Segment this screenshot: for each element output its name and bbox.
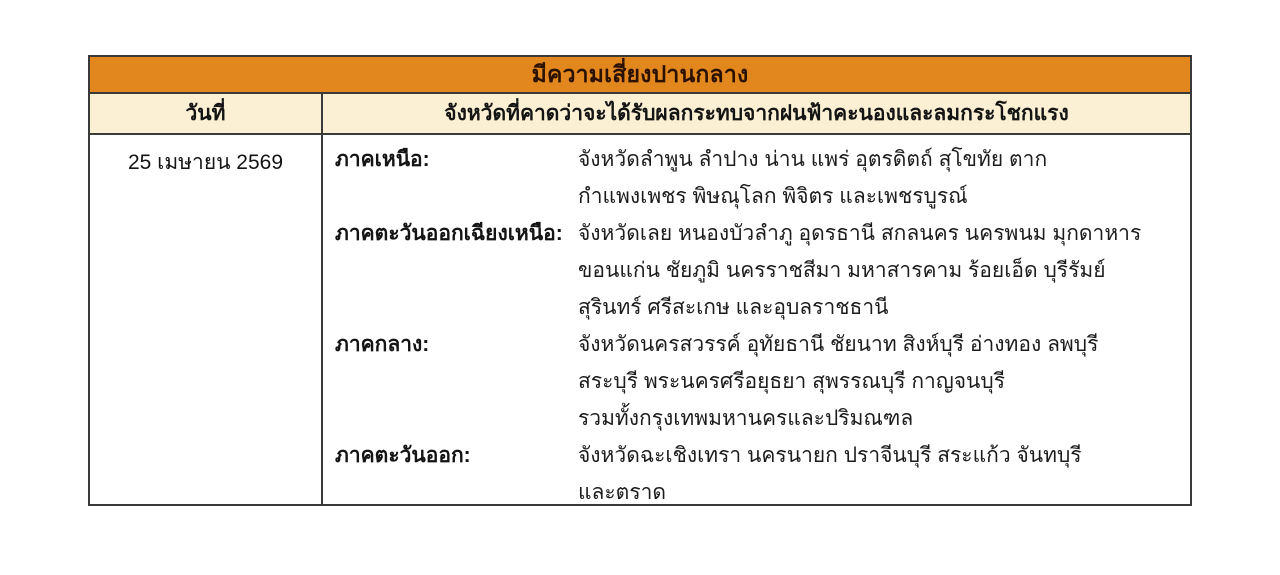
region-row-central: ภาคกลาง: จังหวัดนครสวรรค์ อุทัยธานี ชัยน… (335, 326, 1180, 437)
province-line: รวมทั้งกรุงเทพมหานครและปริมณฑล (578, 400, 1180, 437)
date-cell: 25 เมษายน 2569 (90, 135, 323, 504)
region-provinces-central: จังหวัดนครสวรรค์ อุทัยธานี ชัยนาท สิงห์บ… (578, 326, 1180, 437)
region-provinces-northeast: จังหวัดเลย หนองบัวลำภู อุดรธานี สกลนคร น… (578, 215, 1180, 326)
province-line: สระบุรี พระนครศรีอยุธยา สุพรรณบุรี กาญจน… (578, 363, 1180, 400)
risk-table: มีความเสี่ยงปานกลาง วันที่ จังหวัดที่คาด… (88, 55, 1192, 506)
table-header-row: วันที่ จังหวัดที่คาดว่าจะได้รับผลกระทบจา… (90, 94, 1190, 135)
province-line: สุรินทร์ ศรีสะเกษ และอุบลราชธานี (578, 289, 1180, 326)
province-line: จังหวัดลำพูน ลำปาง น่าน แพร่ อุตรดิตถ์ ส… (578, 141, 1180, 178)
region-provinces-east: จังหวัดฉะเชิงเทรา นครนายก ปราจีนบุรี สระ… (578, 437, 1180, 511)
region-label-central: ภาคกลาง: (335, 326, 578, 363)
region-row-east: ภาคตะวันออก: จังหวัดฉะเชิงเทรา นครนายก ป… (335, 437, 1180, 511)
provinces-column-header: จังหวัดที่คาดว่าจะได้รับผลกระทบจากฝนฟ้าค… (444, 97, 1068, 130)
region-label-north: ภาคเหนือ: (335, 141, 578, 178)
region-row-northeast: ภาคตะวันออกเฉียงเหนือ: จังหวัดเลย หนองบั… (335, 215, 1180, 326)
region-label-east: ภาคตะวันออก: (335, 437, 578, 474)
province-line: ขอนแก่น ชัยภูมิ นครราชสีมา มหาสารคาม ร้อ… (578, 252, 1180, 289)
table-body-row: 25 เมษายน 2569 ภาคเหนือ: จังหวัดลำพูน ลำ… (90, 135, 1190, 504)
province-line: จังหวัดเลย หนองบัวลำภู อุดรธานี สกลนคร น… (578, 215, 1180, 252)
region-row-north: ภาคเหนือ: จังหวัดลำพูน ลำปาง น่าน แพร่ อ… (335, 141, 1180, 215)
risk-level-title-row: มีความเสี่ยงปานกลาง (90, 57, 1190, 94)
date-column-header: วันที่ (186, 97, 226, 130)
region-label-northeast: ภาคตะวันออกเฉียงเหนือ: (335, 215, 578, 252)
date-column-header-cell: วันที่ (90, 94, 323, 133)
provinces-column-header-cell: จังหวัดที่คาดว่าจะได้รับผลกระทบจากฝนฟ้าค… (323, 94, 1190, 133)
provinces-cell: ภาคเหนือ: จังหวัดลำพูน ลำปาง น่าน แพร่ อ… (323, 135, 1190, 504)
province-line: และตราด (578, 474, 1180, 511)
region-provinces-north: จังหวัดลำพูน ลำปาง น่าน แพร่ อุตรดิตถ์ ส… (578, 141, 1180, 215)
province-line: กำแพงเพชร พิษณุโลก พิจิตร และเพชรบูรณ์ (578, 178, 1180, 215)
province-line: จังหวัดนครสวรรค์ อุทัยธานี ชัยนาท สิงห์บ… (578, 326, 1180, 363)
risk-level-title: มีความเสี่ยงปานกลาง (532, 57, 749, 93)
province-line: จังหวัดฉะเชิงเทรา นครนายก ปราจีนบุรี สระ… (578, 437, 1180, 474)
